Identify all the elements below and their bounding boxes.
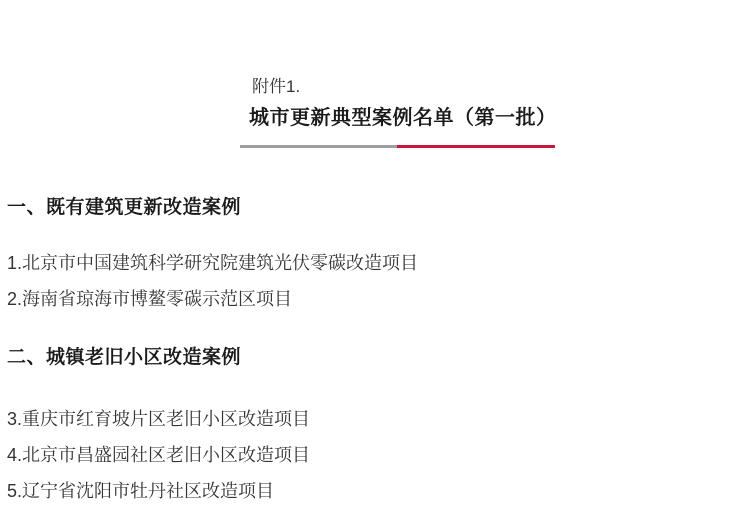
attachment-label: 附件1.: [252, 72, 300, 97]
divider-red-segment: [397, 145, 555, 148]
section-heading-existing-buildings: 一、既有建筑更新改造案例: [7, 192, 241, 219]
title-divider: [240, 145, 555, 148]
section-heading-old-communities: 二、城镇老旧小区改造案例: [7, 342, 241, 369]
case-item-4: 4.北京市昌盛园社区老旧小区改造项目: [7, 441, 310, 467]
document-page: 附件1. 城市更新典型案例名单（第一批） 一、既有建筑更新改造案例 1.北京市中…: [0, 0, 737, 524]
divider-gray-segment: [240, 145, 397, 148]
case-item-2: 2.海南省琼海市博鳌零碳示范区项目: [7, 285, 292, 311]
case-item-1: 1.北京市中国建筑科学研究院建筑光伏零碳改造项目: [7, 249, 418, 275]
case-item-5: 5.辽宁省沈阳市牡丹社区改造项目: [7, 477, 274, 503]
case-item-3: 3.重庆市红育坡片区老旧小区改造项目: [7, 405, 310, 431]
document-title: 城市更新典型案例名单（第一批）: [249, 101, 557, 130]
